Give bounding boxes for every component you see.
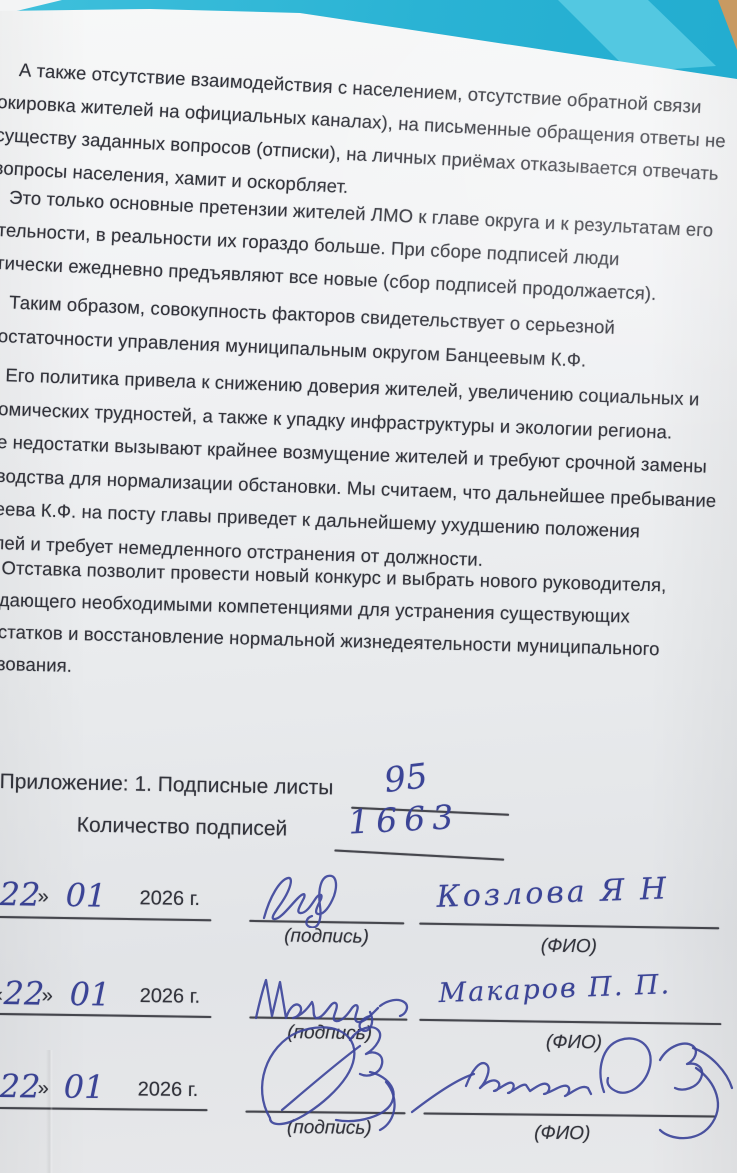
date-month-handwritten: 01 <box>65 876 106 915</box>
fio-handwritten: Козлова Я Н <box>436 871 670 915</box>
paragraph-4: Его политика привела к снижению доверия … <box>0 358 720 584</box>
date-month-handwritten: 01 <box>69 975 110 1014</box>
date-quote-close: » <box>41 985 52 1008</box>
attachment-sheets-label: Приложение: 1. Подписные листы <box>0 770 334 800</box>
paragraph-5: Отставка позволит провести новый конкурс… <box>0 552 667 697</box>
attachment-block: Приложение: 1. Подписные листы 95 Количе… <box>0 762 737 876</box>
fio-caption: (ФИО) <box>469 934 669 959</box>
paper-crease <box>46 1050 53 1173</box>
fio-underline <box>419 1019 721 1025</box>
fio-scribble-row3 <box>408 1026 737 1156</box>
attachment-sheets-value: 95 <box>382 756 430 801</box>
fio-underline <box>419 923 719 930</box>
attachment-count-line <box>334 849 504 860</box>
date-underline <box>0 1107 208 1111</box>
attachment-count-value: 1663 <box>347 797 461 842</box>
date-month-handwritten: 01 <box>64 1068 105 1106</box>
date-quote-open: « <box>0 984 3 1007</box>
signature-caption: (подпись) <box>244 925 409 950</box>
date-underline <box>0 1013 211 1018</box>
date-day-handwritten: 22 <box>3 974 44 1013</box>
signature-scribble-row3 <box>242 1018 427 1140</box>
signature-scribble-row1 <box>256 866 338 928</box>
paper-sheet: А также отсутствие взаимодействия с насе… <box>0 0 737 1173</box>
date-year: 2026 г. <box>139 985 200 1009</box>
date-quote-close: » <box>37 886 48 909</box>
wood-table-sliver <box>718 0 737 50</box>
fio-handwritten: Макаров П. П. <box>438 969 672 1009</box>
date-day-handwritten: 22 <box>0 1067 41 1105</box>
date-day-handwritten: 22 <box>0 875 41 914</box>
date-year: 2026 г. <box>139 887 200 911</box>
date-year: 2026 г. <box>138 1078 199 1102</box>
date-underline <box>0 916 211 922</box>
signature-row-1: « 22 » 01 2026 г. (подпись) Козлова Я Н … <box>0 873 737 959</box>
photo-of-petition-page: А также отсутствие взаимодействия с насе… <box>0 0 737 1173</box>
attachment-count-label: Количество подписей <box>77 813 288 841</box>
